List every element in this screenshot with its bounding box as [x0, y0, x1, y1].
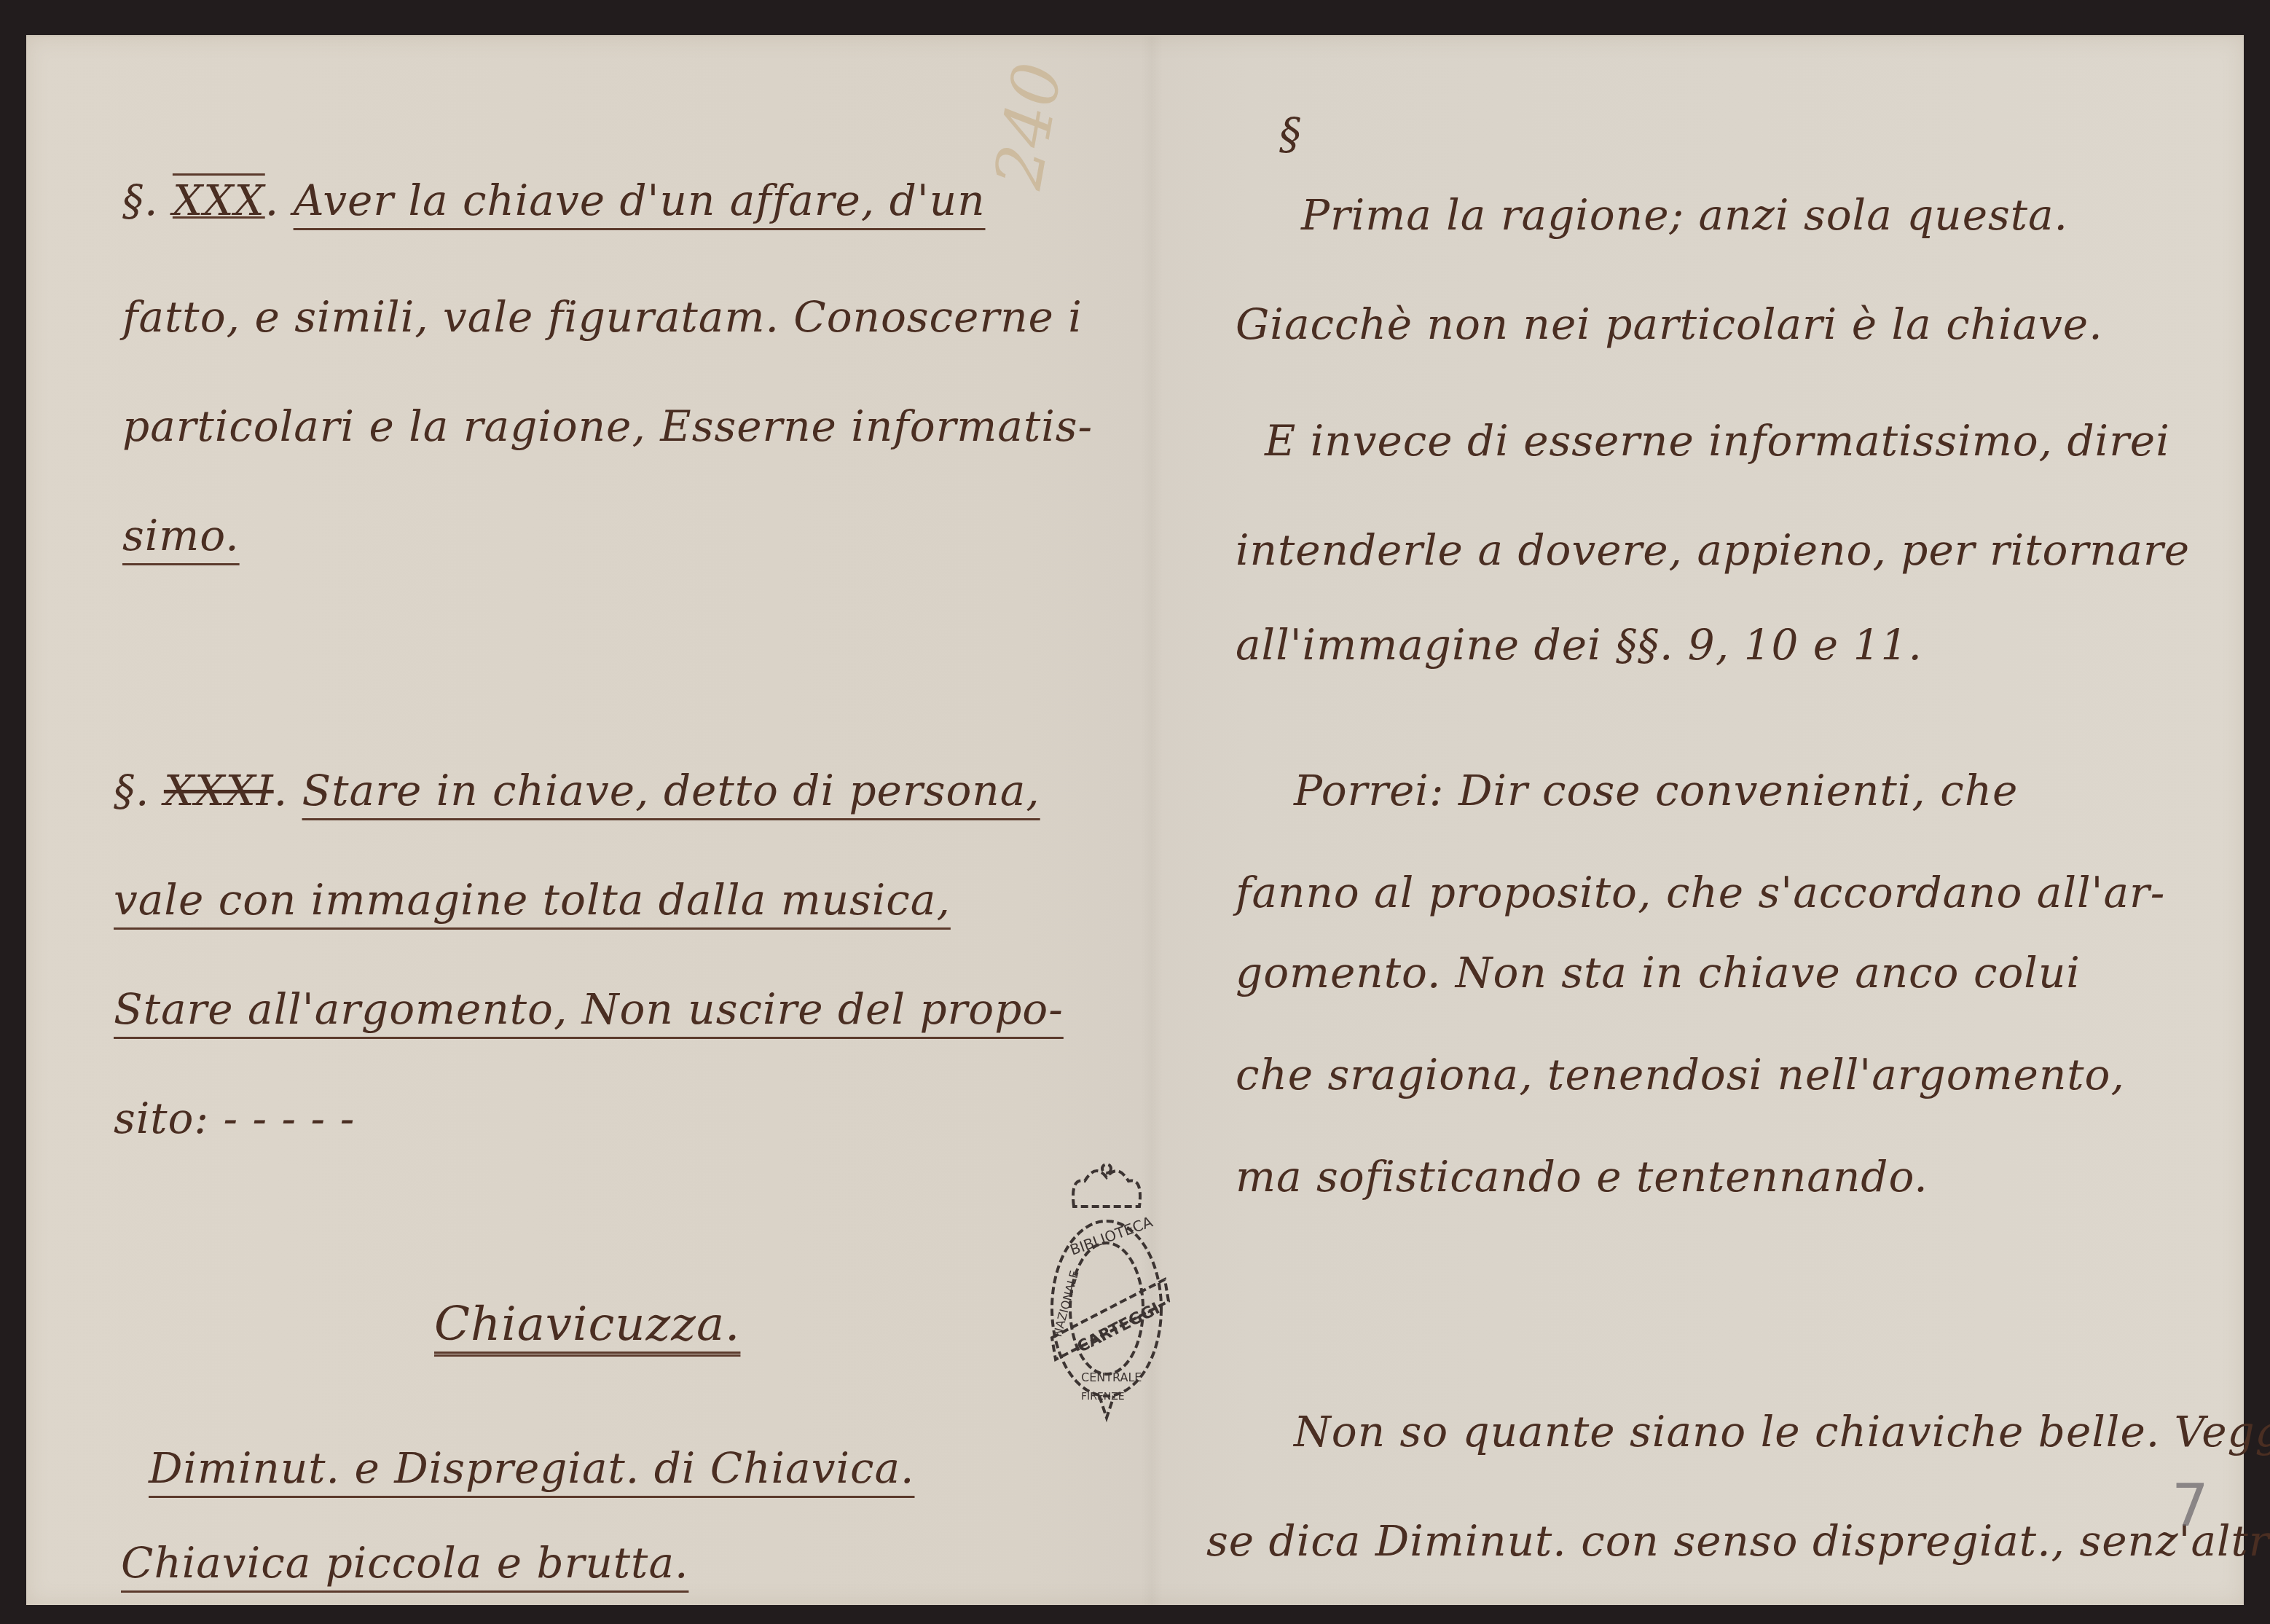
definition-line-1: Diminut. e Dispregiat. di Chiavica.	[149, 1443, 914, 1494]
p1-line-2: Giacchè non nei particolari è la chiave.	[1236, 299, 2103, 350]
p1-line-5: all'immagine dei §§. 9, 10 e 11.	[1236, 619, 1923, 670]
entry-31-line-3: Stare all'argomento, Non uscire del prop…	[114, 984, 1064, 1035]
definition-line-2: Chiavica piccola e brutta.	[121, 1537, 688, 1588]
entry-30-line-3: particolari e la ragione, Esserne inform…	[122, 401, 1093, 452]
library-stamp-icon: BIBLIOTECA NAZIONALE CARTEGGI CENTRALE F…	[1041, 1156, 1172, 1432]
svg-text:CENTRALE: CENTRALE	[1081, 1370, 1142, 1384]
p2-line-2: fanno al proposito, che s'accordano all'…	[1236, 867, 2165, 918]
entry-31-line-2: vale con immagine tolta dalla musica,	[114, 874, 951, 925]
p1-line-1: Prima la ragione; anzi sola questa.	[1301, 189, 2068, 240]
entry-30-line-2: fatto, e simili, vale figuratam. Conosce…	[122, 291, 1083, 342]
svg-text:BIBLIOTECA: BIBLIOTECA	[1068, 1213, 1155, 1259]
svg-text:FIRENZE: FIRENZE	[1081, 1391, 1125, 1403]
section-mark: §.	[122, 176, 158, 225]
p2-line-4: che sragiona, tenendosi nell'argomento,	[1236, 1049, 2125, 1100]
top-section-mark: §	[1279, 109, 1302, 160]
entry-30-line-1: §. XXX. Aver la chiave d'un affare, d'un	[122, 175, 986, 226]
entry-31-line-4: sito: - - - - -	[114, 1093, 355, 1144]
p3-line-1: Non so quante siano le chiaviche belle. …	[1294, 1406, 2270, 1457]
paper-sheet: 240 §. XXX. Aver la chiave d'un affare, …	[26, 35, 2244, 1605]
faint-catalog-mark: 240	[980, 58, 1077, 194]
p3-line-2: se dica Diminut. con senso dispregiat., …	[1206, 1515, 2270, 1566]
folio-number: 7	[2172, 1472, 2209, 1539]
roman-numeral: XXX	[173, 176, 265, 225]
headword-chiavicuzza: Chiavicuzza.	[434, 1297, 740, 1352]
roman-numeral: XXXI	[164, 766, 274, 815]
section-mark: §.	[114, 766, 149, 815]
p2-line-5: ma sofisticando e tentennando.	[1236, 1151, 1928, 1202]
p1-line-3: E invece di esserne informatissimo, dire…	[1265, 415, 2170, 466]
p1-line-4: intenderle a dovere, appieno, per ritorn…	[1236, 525, 2190, 576]
entry-30-line-4: simo.	[122, 510, 240, 561]
scanned-manuscript: 240 §. XXX. Aver la chiave d'un affare, …	[0, 0, 2270, 1624]
entry-31-line-1: §. XXXI. Stare in chiave, detto di perso…	[114, 765, 1040, 816]
p2-line-1: Porrei: Dir cose convenienti, che	[1294, 765, 2018, 816]
p2-line-3: gomento. Non sta in chiave anco colui	[1236, 947, 2081, 998]
svg-text:CARTEGGI: CARTEGGI	[1075, 1300, 1163, 1357]
